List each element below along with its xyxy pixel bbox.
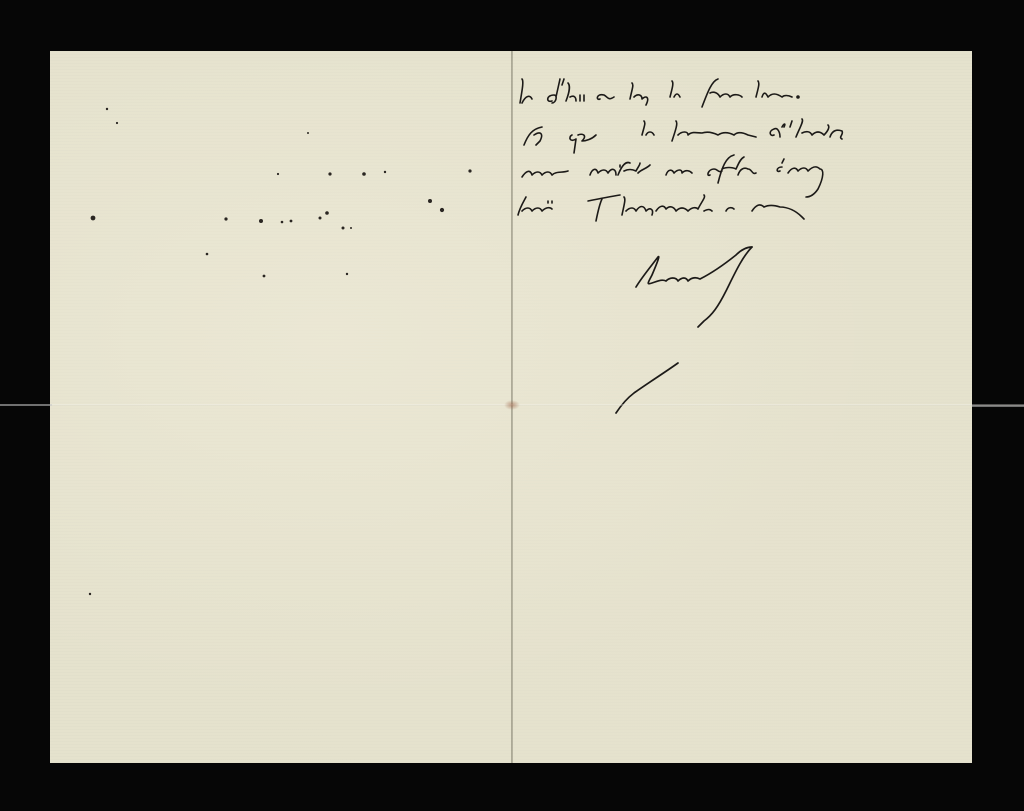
signature: [616, 247, 752, 413]
right-page: le d'hier de [?] le faire lire. Je [?] q…: [512, 51, 972, 763]
bleed-through-marks: [50, 51, 512, 763]
crease-extension-right: [972, 405, 1024, 407]
crease-extension-left: [0, 404, 52, 406]
handwriting-line-4: [518, 195, 804, 221]
handwriting-line-2: [524, 119, 842, 153]
fold-stain: [504, 400, 520, 410]
letter-sheet: le d'hier de [?] le faire lire. Je [?] q…: [50, 51, 972, 763]
horizontal-crease: [50, 404, 1024, 406]
handwriting-line-3: [522, 155, 823, 197]
handwriting-line-1: [520, 79, 799, 107]
left-page: [50, 51, 512, 763]
handwriting: [512, 51, 972, 763]
